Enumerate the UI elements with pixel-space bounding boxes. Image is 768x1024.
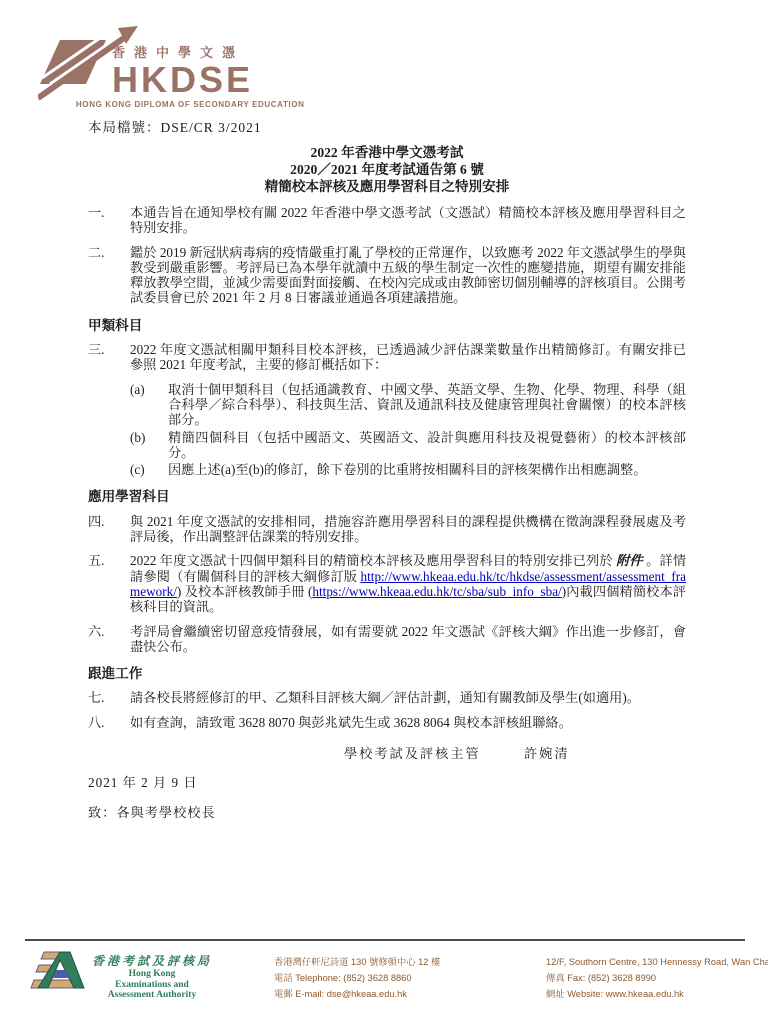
- footer-address-english: 12/F, Southorn Centre, 130 Hennessy Road…: [546, 954, 768, 970]
- hkeaa-logo: 香港考試及評核局 Hong Kong Examinations and Asse…: [30, 950, 212, 1004]
- paragraph-5-text: 2022 年度文憑試十四個甲類科目的精簡校本評核及應用學習科目的特別安排已列於 …: [130, 553, 686, 614]
- paragraph-8-text: 如有查詢，請致電 3628 8070 與彭兆斌先生或 3628 8064 與校本…: [130, 715, 686, 730]
- section-heading-category-a: 甲類科目: [88, 318, 686, 333]
- paragraph-2-number: 二.: [88, 245, 130, 306]
- footer-divider: [25, 939, 745, 941]
- subitem-a-text: 取消十個甲類科目（包括通識教育、中國文學、英語文學、生物、化學、物理、科學（組合…: [168, 382, 686, 428]
- paragraph-1-text: 本通告旨在通知學校有關 2022 年香港中學文憑考試（文憑試）精簡校本評核及應用…: [130, 205, 686, 236]
- subitem-c-text: 因應上述(a)至(b)的修訂，餘下卷別的比重將按相關科目的評核架構作出相應調整。: [168, 462, 686, 477]
- sba-handbook-link[interactable]: https://www.hkeaa.edu.hk/tc/sba/sub_info…: [312, 584, 561, 599]
- footer-telephone: 電話 Telephone: (852) 3628 8860: [274, 970, 540, 986]
- hkdse-logo-fullname: HONG KONG DIPLOMA OF SECONDARY EDUCATION: [76, 100, 304, 109]
- subitem-a: (a) 取消十個甲類科目（包括通識教育、中國文學、英語文學、生物、化學、物理、科…: [130, 382, 686, 428]
- hkeaa-logo-icon: [30, 950, 86, 1004]
- paragraph-4: 四. 與 2021 年度文憑試的安排相同，措施容許應用學習科目的課程提供機構在徵…: [88, 514, 686, 545]
- paragraph-5-part3: ) 及校本評核教師手冊 (: [177, 584, 313, 599]
- hkdse-logo-acronym: HKDSE: [112, 62, 304, 98]
- attachment-reference: 附件: [616, 553, 643, 568]
- paragraph-6-number: 六.: [88, 624, 130, 655]
- section-heading-applied-learning: 應用學習科目: [88, 489, 686, 504]
- subitem-c: (c) 因應上述(a)至(b)的修訂，餘下卷別的比重將按相關科目的評核架構作出相…: [130, 462, 686, 477]
- document-page: 香港中學文憑 HKDSE HONG KONG DIPLOMA OF SECOND…: [0, 0, 768, 1024]
- subitem-b: (b) 精簡四個科目（包括中國語文、英國語文、設計與應用科技及視覺藝術）的校本評…: [130, 430, 686, 461]
- paragraph-8: 八. 如有查詢，請致電 3628 8070 與彭兆斌先生或 3628 8064 …: [88, 715, 686, 730]
- paragraph-2: 二. 鑑於 2019 新冠狀病毒病的疫情嚴重打亂了學校的正常運作，以致應考 20…: [88, 245, 686, 306]
- subitem-c-number: (c): [130, 462, 168, 477]
- hkeaa-logo-en-3: Assessment Authority: [92, 990, 212, 1001]
- paragraph-2-text: 鑑於 2019 新冠狀病毒病的疫情嚴重打亂了學校的正常運作，以致應考 2022 …: [130, 245, 686, 306]
- hkeaa-logo-en-1: Hong Kong: [92, 969, 212, 980]
- paragraph-5-number: 五.: [88, 553, 130, 614]
- subitem-b-text: 精簡四個科目（包括中國語文、英國語文、設計與應用科技及視覺藝術）的校本評核部分。: [168, 430, 686, 461]
- paragraph-8-number: 八.: [88, 715, 130, 730]
- signature-line: 學校考試及評核主管 許婉清: [88, 746, 686, 761]
- footer-website: 網址 Website: www.hkeaa.edu.hk: [546, 986, 768, 1002]
- paragraph-3: 三. 2022 年度文憑試相關甲類科目校本評核，已透過減少評估課業數量作出精簡修…: [88, 342, 686, 373]
- paragraph-1-number: 一.: [88, 205, 130, 236]
- signatory-title: 學校考試及評核主管: [344, 746, 481, 761]
- signatory-name: 許婉清: [524, 746, 570, 761]
- paragraph-3-number: 三.: [88, 342, 130, 373]
- paragraph-5-part1: 2022 年度文憑試十四個甲類科目的精簡校本評核及應用學習科目的特別安排已列於: [130, 553, 616, 568]
- paragraph-5: 五. 2022 年度文憑試十四個甲類科目的精簡校本評核及應用學習科目的特別安排已…: [88, 553, 686, 614]
- footer: 香港考試及評核局 Hong Kong Examinations and Asse…: [30, 950, 754, 1004]
- footer-fax: 傳真 Fax: (852) 3628 8990: [546, 970, 768, 986]
- hkeaa-logo-chinese: 香港考試及評核局: [92, 952, 212, 969]
- subitem-b-number: (b): [130, 430, 168, 461]
- date-line: 2021 年 2 月 9 日: [88, 775, 686, 790]
- title-line-3: 精簡校本評核及應用學習科目之特別安排: [88, 178, 686, 195]
- footer-email: 電郵 E-mail: dse@hkeaa.edu.hk: [274, 986, 540, 1002]
- paragraph-6: 六. 考評局會繼續密切留意疫情發展，如有需要就 2022 年文憑試《評核大綱》作…: [88, 624, 686, 655]
- addressee-line: 致：各與考學校校長: [88, 805, 686, 820]
- paragraph-7-number: 七.: [88, 690, 130, 705]
- paragraph-3-text: 2022 年度文憑試相關甲類科目校本評核，已透過減少評估課業數量作出精簡修訂。有…: [130, 342, 686, 373]
- title-line-2: 2020／2021 年度考試通告第 6 號: [88, 161, 686, 178]
- footer-contact-info: 香港灣仔軒尼詩道 130 號修頓中心 12 樓 12/F, Southorn C…: [274, 954, 768, 1002]
- footer-address-chinese: 香港灣仔軒尼詩道 130 號修頓中心 12 樓: [274, 954, 540, 970]
- section-heading-followup: 跟進工作: [88, 666, 686, 681]
- paragraph-4-text: 與 2021 年度文憑試的安排相同，措施容許應用學習科目的課程提供機構在徵詢課程…: [130, 514, 686, 545]
- file-reference: 本局檔號：DSE/CR 3/2021: [88, 116, 262, 136]
- paragraph-7-text: 請各校長將經修訂的甲、乙類科目評核大綱／評估計劃，通知有關教師及學生(如適用)。: [130, 690, 686, 705]
- title-line-1: 2022 年香港中學文憑考試: [88, 144, 686, 161]
- hkeaa-logo-en-2: Examinations and: [92, 980, 212, 991]
- paragraph-6-text: 考評局會繼續密切留意疫情發展，如有需要就 2022 年文憑試《評核大綱》作出進一…: [130, 624, 686, 655]
- subitem-a-number: (a): [130, 382, 168, 428]
- paragraph-1: 一. 本通告旨在通知學校有關 2022 年香港中學文憑考試（文憑試）精簡校本評核…: [88, 205, 686, 236]
- paragraph-7: 七. 請各校長將經修訂的甲、乙類科目評核大綱／評估計劃，通知有關教師及學生(如適…: [88, 690, 686, 705]
- document-body: 2022 年香港中學文憑考試 2020／2021 年度考試通告第 6 號 精簡校…: [88, 144, 686, 820]
- hkdse-logo: 香港中學文憑 HKDSE HONG KONG DIPLOMA OF SECOND…: [38, 26, 304, 109]
- paragraph-4-number: 四.: [88, 514, 130, 545]
- document-title: 2022 年香港中學文憑考試 2020／2021 年度考試通告第 6 號 精簡校…: [88, 144, 686, 195]
